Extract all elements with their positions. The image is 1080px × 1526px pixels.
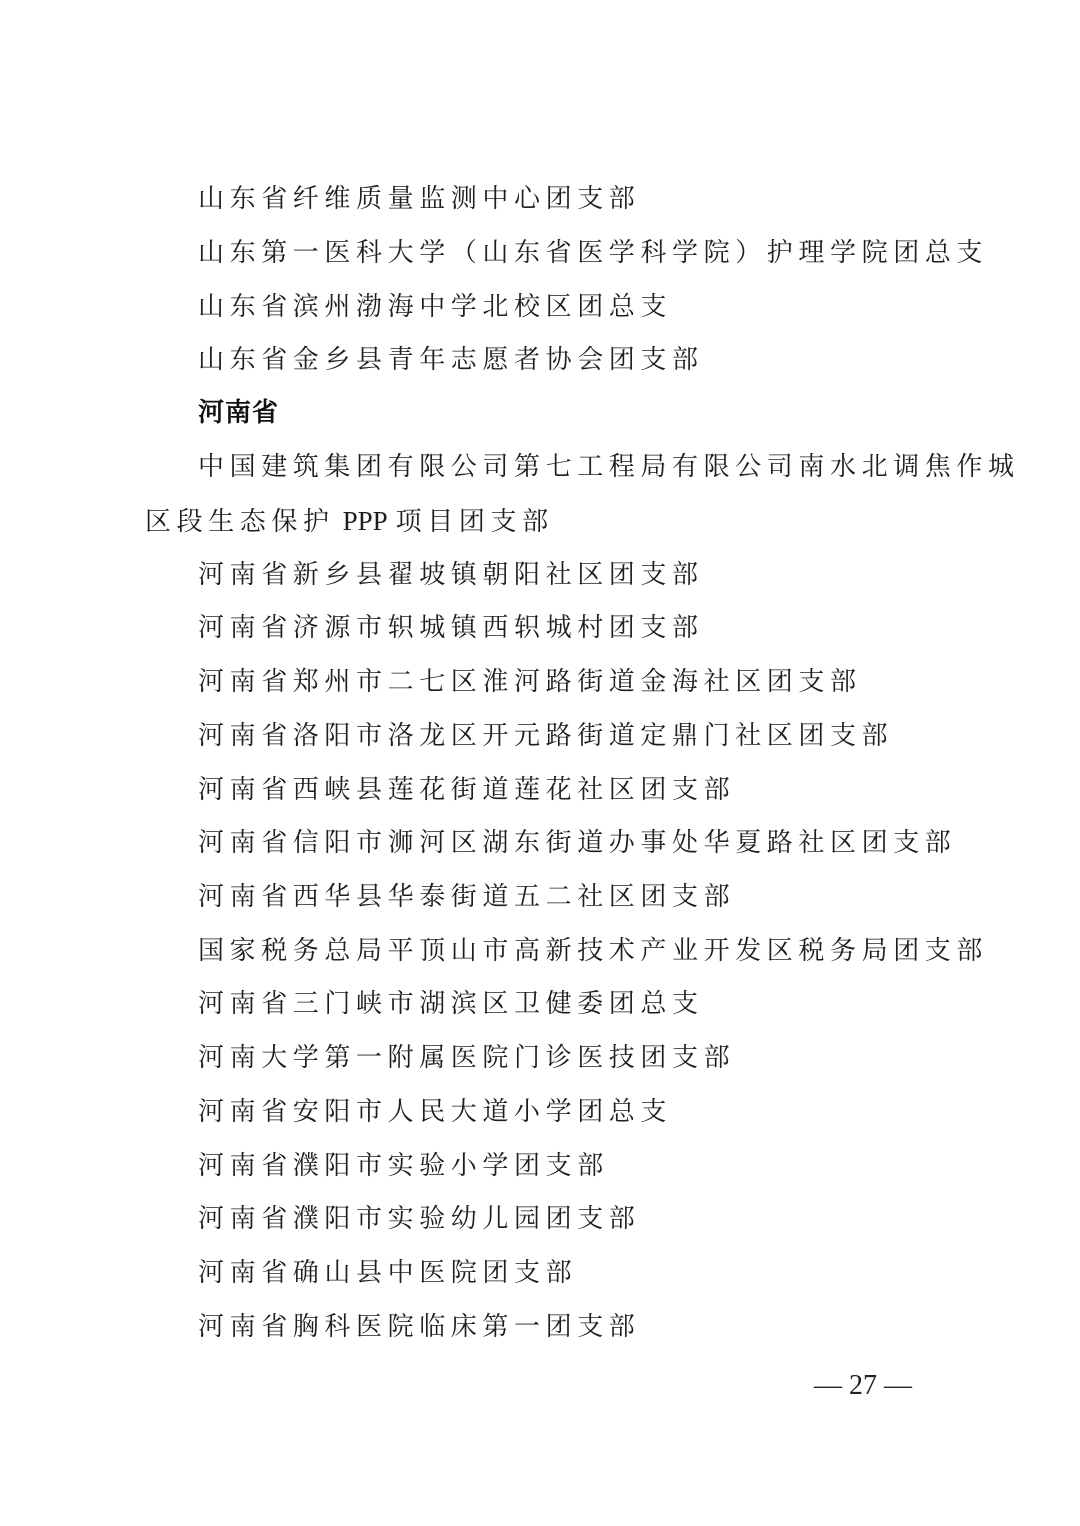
list-item: 山东省金乡县青年志愿者协会团支部 (198, 343, 704, 377)
list-item: 山东第一医科大学（山东省医学科学院）护理学院团总支 (198, 236, 988, 270)
page-number: — 27 — (814, 1369, 912, 1403)
list-item: 河南省西华县华泰街道五二社区团支部 (198, 880, 735, 914)
list-item: 河南省洛阳市洛龙区开元路街道定鼎门社区团支部 (198, 719, 893, 753)
list-item: 河南省濮阳市实验幼儿园团支部 (198, 1202, 640, 1236)
list-item: 河南省胸科医院临床第一团支部 (198, 1310, 640, 1344)
list-item: 山东省滨州渤海中学北校区团总支 (198, 290, 672, 324)
list-item: 河南省新乡县翟坡镇朝阳社区团支部 (198, 558, 704, 592)
list-item: 河南省信阳市浉河区湖东街道办事处华夏路社区团支部 (198, 826, 956, 860)
list-item: 河南省郑州市二七区淮河路街道金海社区团支部 (198, 665, 862, 699)
list-item: 山东省纤维质量监测中心团支部 (198, 182, 640, 216)
entry-text: 区段生态保护 (145, 507, 335, 537)
list-item-wrapped-line1: 中国建筑集团有限公司第七工程局有限公司南水北调焦作城 (198, 450, 1020, 484)
list-item: 河南大学第一附属医院门诊医技团支部 (198, 1041, 735, 1075)
list-item: 河南省济源市轵城镇西轵城村团支部 (198, 611, 704, 645)
section-heading-henan: 河南省 (198, 396, 279, 430)
list-item: 河南省西峡县莲花街道莲花社区团支部 (198, 773, 735, 807)
document-page: 山东省纤维质量监测中心团支部 山东第一医科大学（山东省医学科学院）护理学院团总支… (0, 0, 1080, 1526)
entry-latin-text: PPP (343, 506, 388, 536)
list-item: 河南省濮阳市实验小学团支部 (198, 1149, 609, 1183)
list-item-wrapped-line2: 区段生态保护PPP项目团支部 (145, 504, 554, 539)
list-item: 国家税务总局平顶山市高新技术产业开发区税务局团支部 (198, 934, 988, 968)
entry-text: 项目团支部 (396, 507, 554, 537)
list-item: 河南省安阳市人民大道小学团总支 (198, 1095, 672, 1129)
list-item: 河南省确山县中医院团支部 (198, 1256, 577, 1290)
list-item: 河南省三门峡市湖滨区卫健委团总支 (198, 987, 704, 1021)
